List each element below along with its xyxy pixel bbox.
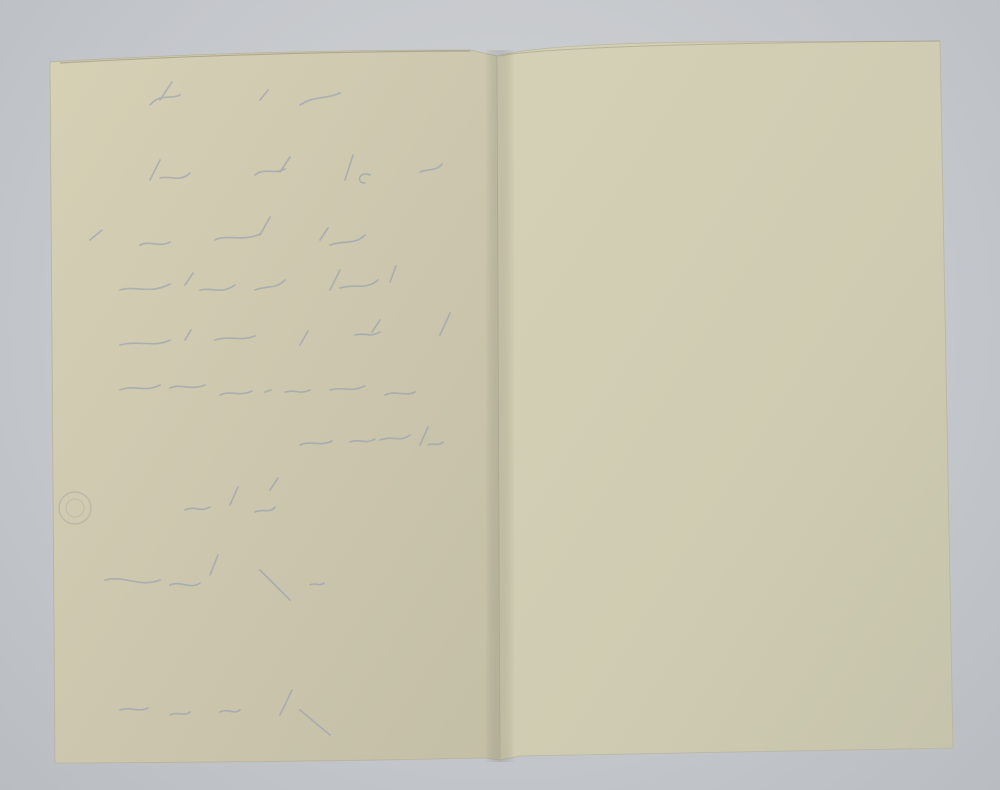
folded-letter-sheet [0,0,1000,790]
right-page [497,41,953,760]
left-page [50,50,500,763]
center-fold [485,50,515,762]
